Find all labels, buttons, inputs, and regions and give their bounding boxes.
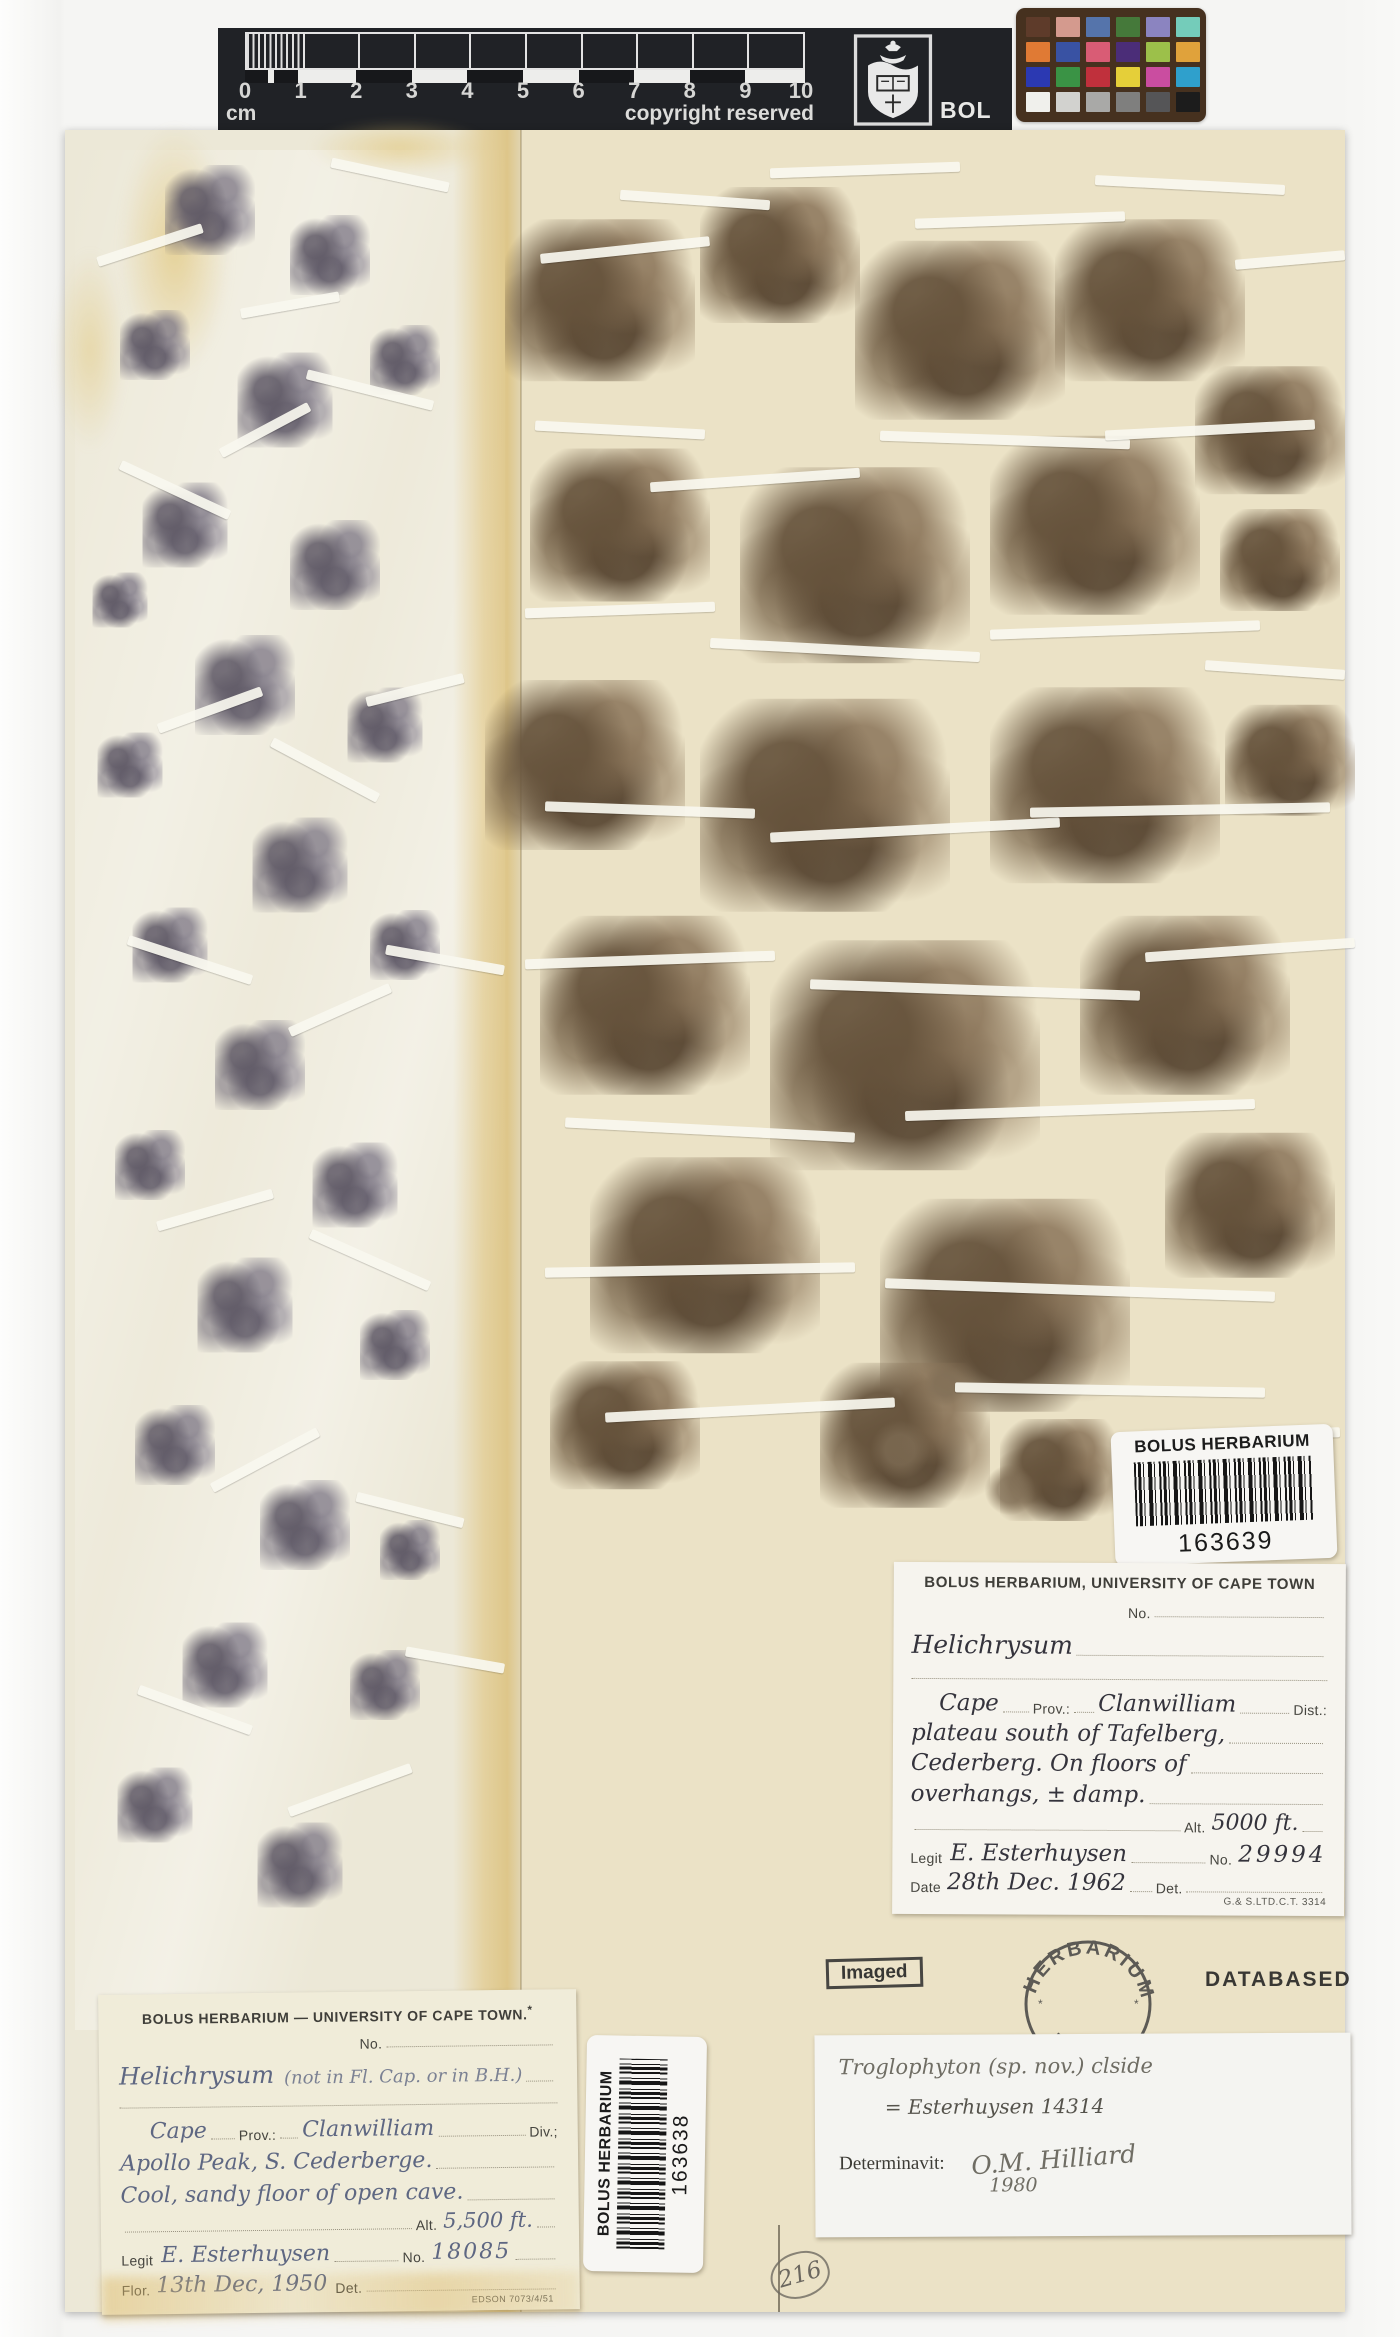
barcode-number: 163639 <box>1178 1526 1274 1559</box>
ruler-cm-tick <box>525 34 527 68</box>
ruler-number: 6 <box>562 78 596 104</box>
ruler-number: 9 <box>728 78 762 104</box>
plant-clump <box>740 467 970 663</box>
ruler-cm-tick <box>303 34 305 68</box>
plant-cluster <box>253 818 348 913</box>
taxon-handwritten: Helichrysum <box>911 1630 1073 1660</box>
color-patch <box>1056 42 1080 62</box>
specimen-sheet: HERBARIUM BOLUS * * Imaged DATABASED BOL… <box>65 130 1345 2312</box>
plant-clump <box>540 916 750 1095</box>
mounting-tape <box>990 620 1260 639</box>
ruler-number: 4 <box>450 78 484 104</box>
color-patch <box>1176 92 1200 112</box>
ruler-number: 2 <box>339 78 373 104</box>
det-label: Det. <box>1156 1880 1183 1896</box>
stamp-top-text: HERBARIUM <box>1019 1936 1158 2002</box>
barcode-label-org: BOLUS HERBARIUM <box>1134 1430 1310 1457</box>
databased-stamp: DATABASED <box>1205 1968 1352 1992</box>
ruler-cm-tick <box>581 34 583 68</box>
accession-number: 216 <box>775 2256 824 2293</box>
ruler-number: 3 <box>395 78 429 104</box>
locality-line: plateau south of Tafelberg, <box>911 1720 1225 1748</box>
color-patch <box>1056 92 1080 112</box>
no2-label: No. <box>1209 1851 1232 1867</box>
ruler-number: 0 <box>228 78 262 104</box>
stain <box>55 250 125 450</box>
color-patch <box>1116 17 1140 37</box>
region-handwritten: Cape <box>150 2119 207 2145</box>
alt-label: Alt. <box>1184 1820 1206 1836</box>
det-taxon-line: Troglophyton (sp. nov.) clside <box>839 2053 1327 2096</box>
color-patch <box>1116 92 1140 112</box>
collector-handwritten: E. Esterhuysen <box>161 2241 330 2268</box>
determinavit-label: Determinavit: <box>839 2153 945 2176</box>
color-patch <box>1086 67 1110 87</box>
color-patch <box>1056 17 1080 37</box>
color-patch <box>1116 67 1140 87</box>
title-asterisk: * <box>527 2004 532 2017</box>
svg-text:HERBARIUM: HERBARIUM <box>1019 1936 1158 2002</box>
ruler-cm-tick <box>692 34 694 68</box>
determination-year: 1980 <box>989 2173 1327 2197</box>
mounting-tape <box>1205 660 1345 680</box>
plant-cluster <box>165 165 255 255</box>
plant-cluster <box>120 310 190 380</box>
no-label: No. <box>359 2035 382 2051</box>
dist-label: Dist.: <box>1293 1702 1327 1718</box>
plant-cluster <box>183 1623 268 1708</box>
plant-fragment <box>980 1460 1040 1520</box>
plant-cluster <box>290 215 370 295</box>
plant-clump <box>590 1157 820 1353</box>
plant-cluster <box>313 1143 398 1228</box>
copyright-label: copyright reserved <box>625 102 814 126</box>
det-collector-line: = Esterhuysen 14314 <box>885 2093 1327 2131</box>
district-handwritten: Clanwilliam <box>302 2116 434 2143</box>
color-patch <box>1086 17 1110 37</box>
plant-cluster <box>93 573 148 628</box>
mounting-tape <box>1235 250 1345 270</box>
color-patch <box>1116 42 1140 62</box>
barcode-label-163638: BOLUS HERBARIUM 163638 <box>583 2035 707 2273</box>
main-collection-label: BOLUS HERBARIUM, UNIVERSITY OF CAPE TOWN… <box>892 1562 1346 1916</box>
color-patch <box>1176 42 1200 62</box>
plant-cluster <box>360 1310 430 1380</box>
plant-cluster <box>258 1823 343 1908</box>
plant-clump <box>485 680 685 850</box>
ruler-cm-tick <box>636 34 638 68</box>
plant-clump <box>855 241 1065 420</box>
collector-handwritten: E. Esterhuysen <box>950 1840 1127 1867</box>
sheet-divider <box>520 130 522 2312</box>
plant-cluster <box>260 1480 350 1570</box>
date-label: Date <box>910 1879 941 1895</box>
legit-label: Legit <box>121 2252 153 2268</box>
accession-tag: 216 <box>765 2245 835 2306</box>
barcode-number: 163638 <box>668 2113 693 2195</box>
plant-cluster <box>195 635 295 735</box>
determination-label: Troglophyton (sp. nov.) clside = Esterhu… <box>814 2033 1351 2238</box>
stain <box>102 2271 581 2321</box>
color-patch <box>1056 67 1080 87</box>
color-patch <box>1146 17 1170 37</box>
color-patch <box>1086 42 1110 62</box>
no2-label: No. <box>403 2249 426 2265</box>
stain-strip <box>453 130 521 2312</box>
plant-clump <box>550 1361 700 1489</box>
plant-cluster <box>198 1258 293 1353</box>
label-title: BOLUS HERBARIUM, UNIVERSITY OF CAPE TOWN <box>912 1574 1328 1600</box>
ruler-cm-tick <box>469 34 471 68</box>
herbarium-scan: 012345678910 cm copyright reserved BOL <box>0 0 1400 2337</box>
ruler-number: 8 <box>673 78 707 104</box>
date-value: 28th Dec. 1962 <box>947 1869 1126 1896</box>
plant-clump <box>1220 509 1340 611</box>
ruler-number: 1 <box>284 78 318 104</box>
prov-label: Prov.: <box>239 2127 277 2143</box>
plant-cluster <box>370 910 440 980</box>
plant-cluster <box>380 1520 440 1580</box>
ruler-number: 5 <box>506 78 540 104</box>
barcode <box>1134 1455 1314 1526</box>
ruler-cm-tick <box>358 34 360 68</box>
collection-number: 29994 <box>1238 1841 1326 1867</box>
no-label: No. <box>1128 1605 1151 1621</box>
mounting-tape <box>770 162 960 179</box>
plant-cluster <box>98 733 163 798</box>
alt-value: 5,500 ft. <box>443 2208 533 2233</box>
color-patch <box>1026 67 1050 87</box>
district-handwritten: Clanwilliam <box>1098 1691 1236 1718</box>
plant-cluster <box>290 520 380 610</box>
locality-line: Cederberg. On floors of <box>911 1750 1187 1777</box>
legit-label: Legit <box>910 1849 942 1865</box>
plant-clump <box>1080 916 1290 1095</box>
bol-herbarium-code: BOL <box>940 97 992 124</box>
plant-clump <box>1055 219 1245 381</box>
color-patch <box>1176 17 1200 37</box>
mounting-tape <box>525 602 715 619</box>
ruler-cm-tick <box>414 34 416 68</box>
plant-cluster <box>370 325 440 395</box>
plant-clump <box>1165 1133 1335 1278</box>
ruler-number: 7 <box>617 78 651 104</box>
ruler-graduations <box>245 32 805 70</box>
alt-label: Alt. <box>416 2217 438 2233</box>
ruler-mm-ticks <box>247 34 303 68</box>
color-patch <box>1176 67 1200 87</box>
ruler-number: 10 <box>784 78 818 104</box>
plant-clump <box>990 687 1220 883</box>
svg-text:*: * <box>1134 1997 1139 2011</box>
barcode <box>616 2059 667 2250</box>
plant-cluster <box>135 1405 215 1485</box>
barcode-label-org: BOLUS HERBARIUM <box>596 2070 617 2236</box>
mounting-tape <box>1095 175 1285 195</box>
plant-clump <box>530 449 710 602</box>
prov-label: Prov.: <box>1033 1700 1070 1716</box>
plant-clump <box>990 436 1200 615</box>
region-handwritten: Cape <box>939 1690 999 1716</box>
color-patch <box>1086 92 1110 112</box>
alt-value: 5000 ft. <box>1212 1811 1299 1836</box>
svg-text:*: * <box>1038 1997 1043 2011</box>
color-patch <box>1026 17 1050 37</box>
plant-cluster <box>115 1130 185 1200</box>
ruler-cm-tick <box>747 34 749 68</box>
left-collection-label: BOLUS HERBARIUM — UNIVERSITY OF CAPE TOW… <box>98 1989 580 2315</box>
imaged-stamp: Imaged <box>826 1957 923 1990</box>
color-patch <box>1146 67 1170 87</box>
taxon-note: (not in Fl. Cap. or in B.H.) <box>284 2065 523 2089</box>
taxon-handwritten: Helichrysum <box>119 2061 274 2091</box>
color-patch <box>1026 92 1050 112</box>
scale-bar: 012345678910 cm copyright reserved BOL <box>218 28 1012 130</box>
locality-line: overhangs, ± damp. <box>911 1781 1146 1808</box>
plant-cluster <box>118 1768 193 1843</box>
mounting-tape <box>535 421 705 440</box>
locality-line: Apollo Peak, S. Cederberge. <box>120 2148 433 2177</box>
printer-mark: G.& S.LTD.C.T. 3314 <box>910 1895 1326 1908</box>
collection-number: 18085 <box>431 2239 511 2265</box>
plant-fragment <box>865 1415 935 1485</box>
div-label: Div.; <box>529 2123 558 2139</box>
plant-clump <box>700 699 950 912</box>
color-checker-card <box>1016 8 1206 122</box>
plant-clump <box>1225 705 1355 816</box>
plant-cluster <box>350 1650 420 1720</box>
uct-shield-icon <box>853 34 933 126</box>
ruler-unit-label: cm <box>226 102 256 126</box>
barcode-label-163639: BOLUS HERBARIUM 163639 <box>1111 1424 1338 1566</box>
color-patch <box>1146 92 1170 112</box>
plant-clump <box>700 187 860 323</box>
color-patch <box>1146 42 1170 62</box>
color-patch <box>1026 42 1050 62</box>
